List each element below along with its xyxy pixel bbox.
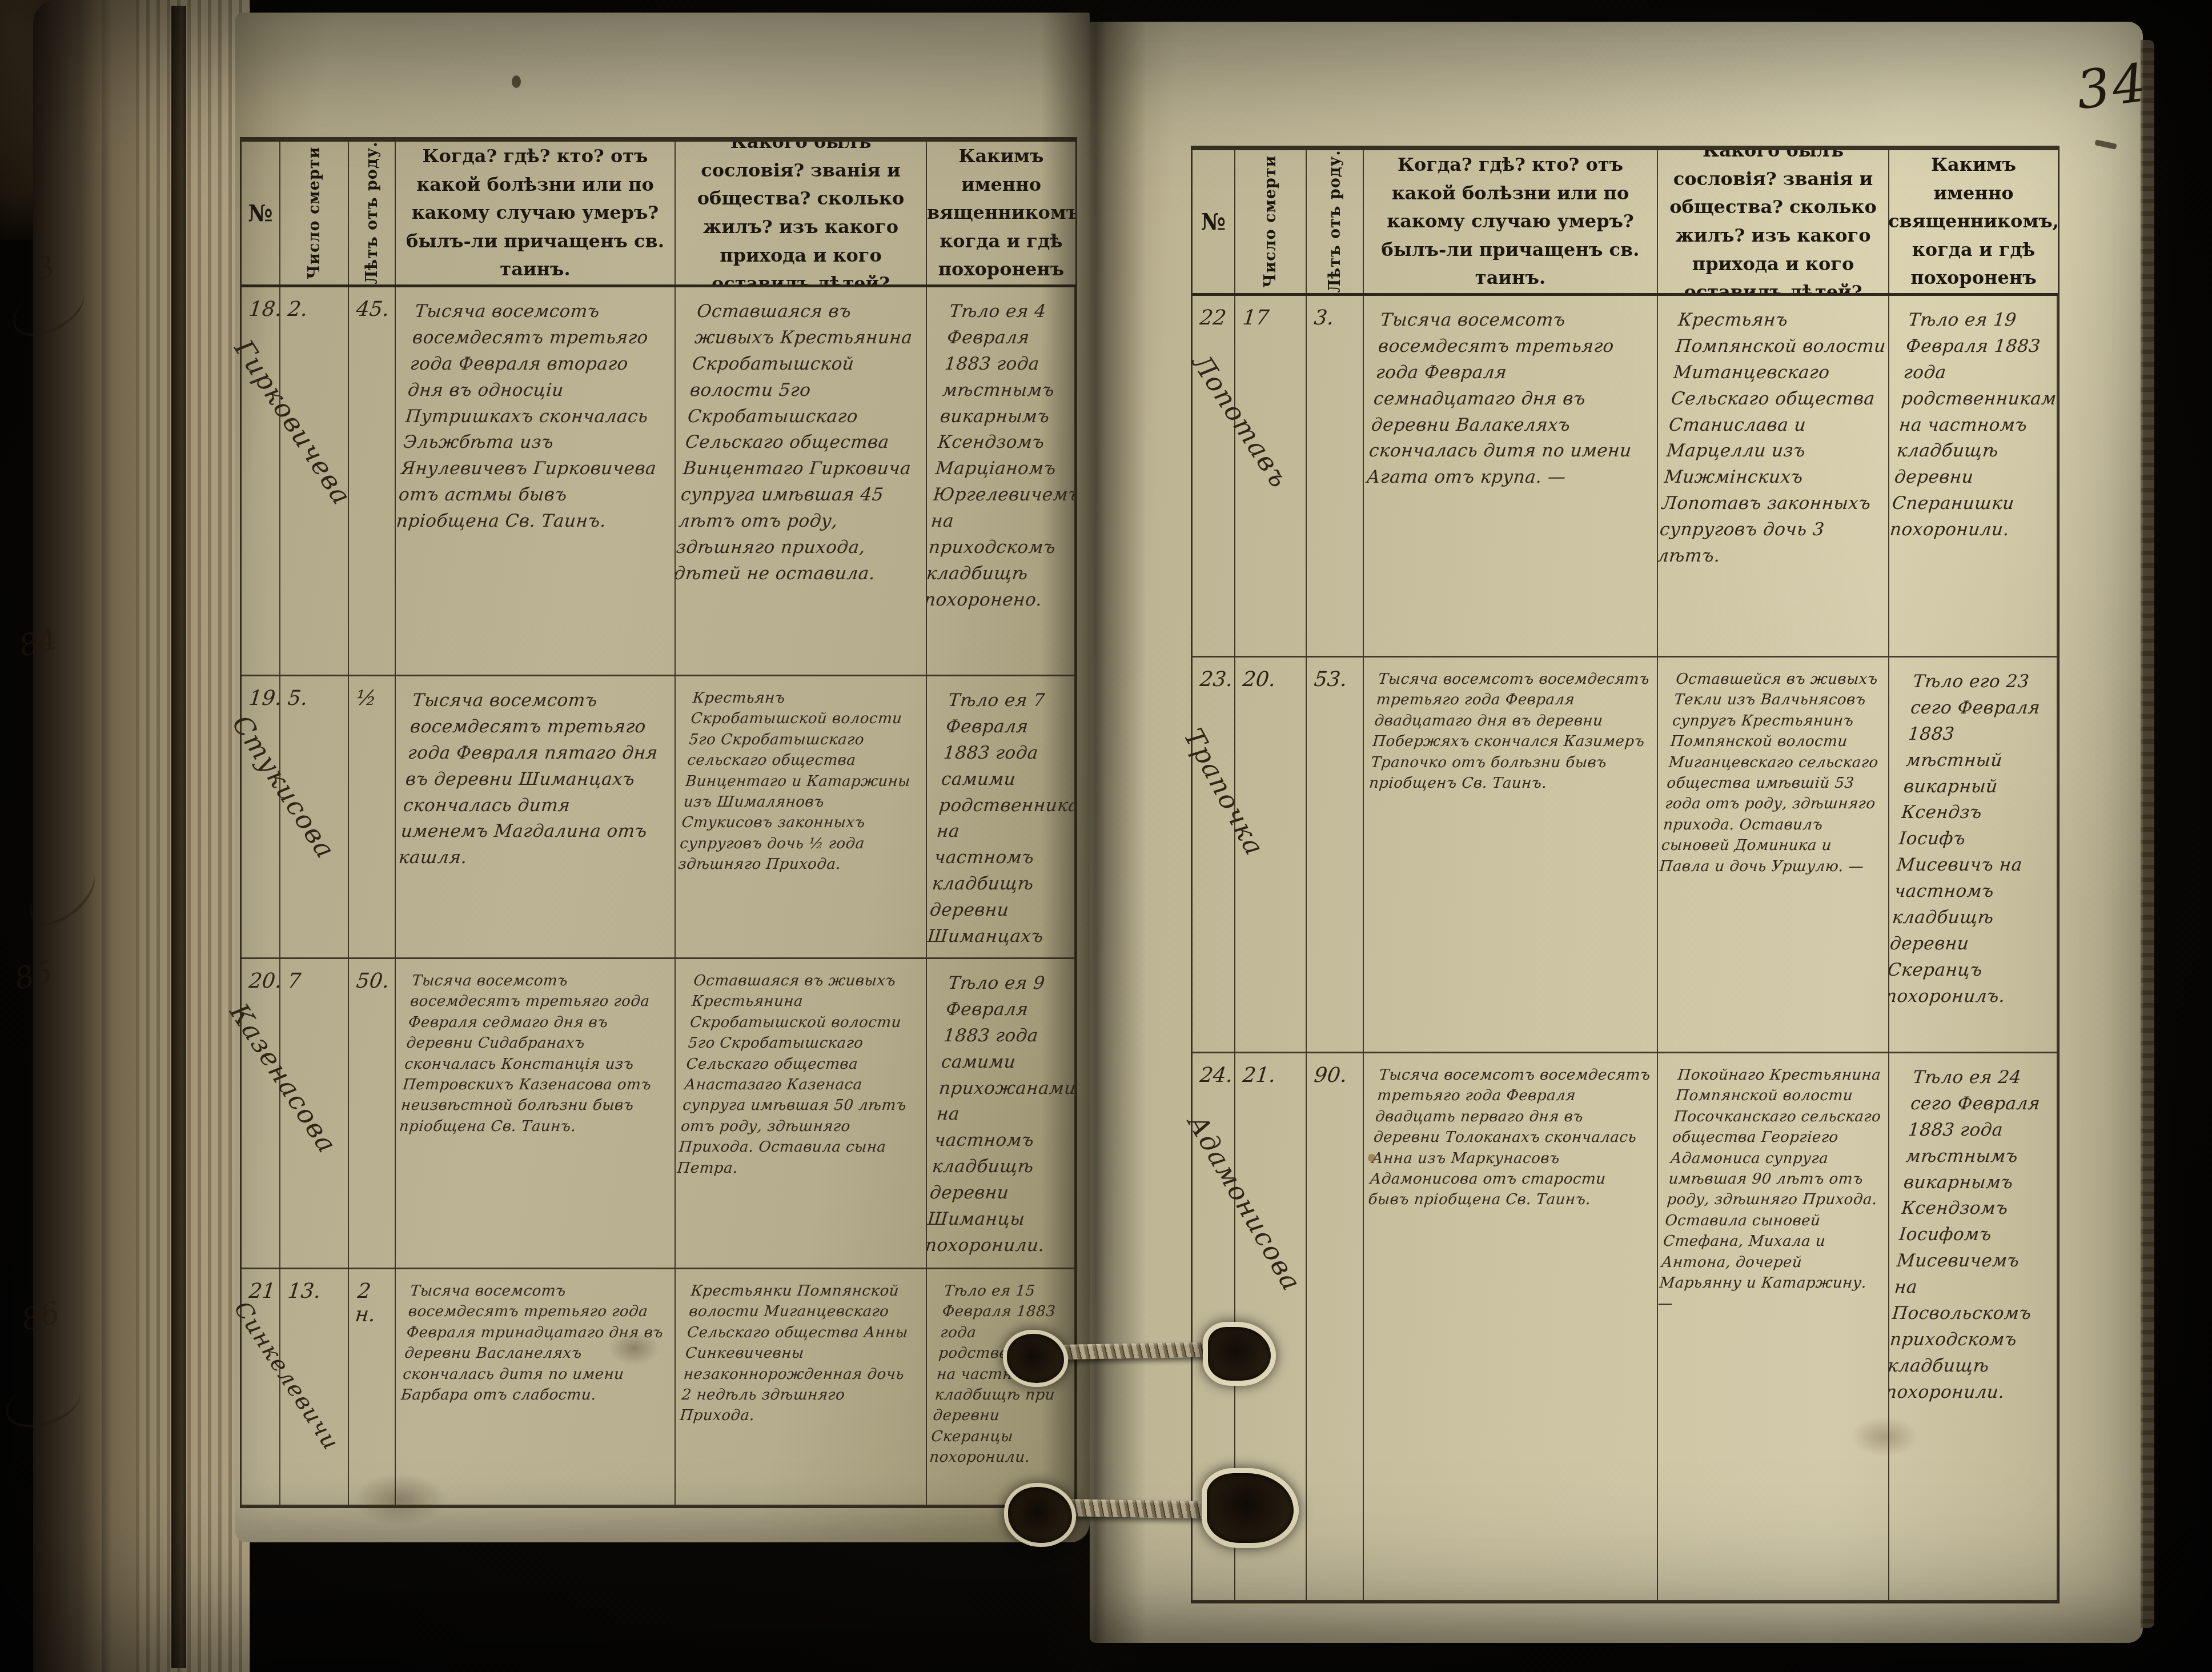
entry-cause-text: Тысяча восемсотъ восемдесятъ третьяго го… [396,959,676,1137]
entry-row-24: 24. 21. 90. Тысяча восемсотъ восемдесятъ… [1193,1053,2058,1602]
header-cell-death-day: Число смерти [280,142,349,284]
entry-death-day: 13. [280,1269,349,1303]
entry-no: 23. [1193,657,1235,691]
entry-cause-text: Тысяча восемсотъ восемдесятъ третьяго го… [396,1269,676,1405]
fore-edge-pages [2141,40,2154,1628]
entry-death-day: 20. [1235,657,1307,691]
header-row: № Число смерти Лѣтъ отъ роду. Когда? гдѣ… [1193,150,2058,296]
entry-cause-text: Тысяча восемсотъ восемдесятъ третьяго го… [396,287,676,535]
entry-death-day: 5. [280,676,349,710]
header-cell-estate: Какого былъ сословія? званія и общества?… [676,142,927,284]
header-cell-estate: Какого былъ сословія? званія и общества?… [1658,150,1889,293]
entry-death-day: 17 [1235,296,1307,330]
entry-age: 2 н. [349,1269,396,1326]
priest-header-label: Какимъ именно священникомъ, когда и гдѣ … [1889,150,2058,293]
priest-header-label: Какимъ именно священникомъ, когда и гдѣ … [927,142,1075,284]
age-header-label: Лѣтъ отъ роду. [1326,150,1343,293]
entry-burial-text: Тѣло ея 7 Февраля 1883 года самими родст… [927,676,1075,957]
book-scan: 3 84 85 86 34 № Число смерти Лѣтъ отъ ро… [0,0,2212,1672]
header-cell-when-where: Когда? гдѣ? кто? отъ какой болѣзни или п… [1364,150,1658,293]
entry-age: ½ [349,676,396,710]
entry-row-20: 20. 7 50. Тысяча восемсотъ восемдесятъ т… [242,959,1075,1269]
register-table-left: № Число смерти Лѣтъ отъ роду. Когда? гдѣ… [240,137,1077,1508]
header-cell-no: № [1193,150,1235,293]
entry-age: 53. [1307,657,1364,691]
entry-burial-text: Тѣло ея 24 сего Февраля 1883 года мѣстны… [1889,1053,2058,1405]
header-cell-priest: Какимъ именно священникомъ, когда и гдѣ … [927,142,1075,284]
entry-cause-text: Тысяча восемсотъ восемдесятъ третьяго го… [1364,657,1658,793]
entry-no: 19. [242,676,280,710]
entry-cause-text: Тысяча восемсотъ восемдесятъ третьяго го… [1364,1053,1658,1210]
estate-header-label: Какого былъ сословія? званія и общества?… [1658,150,1888,293]
page-number: 34 [2073,52,2151,121]
header-cell-age: Лѣтъ отъ роду. [1307,150,1364,293]
header-cell-when-where: Когда? гдѣ? кто? отъ какой болѣзни или п… [396,142,676,284]
entry-age: 3. [1307,296,1364,330]
when-where-header-label: Когда? гдѣ? кто? отъ какой болѣзни или п… [1364,150,1657,293]
header-cell-death-day: Число смерти [1235,150,1307,293]
no-header-label: № [248,200,272,227]
death-day-header-label: Число смерти [1262,155,1279,288]
spine-crevice [171,6,186,1668]
entry-row-21: 21 13. 2 н. Тысяча восемсотъ восемдесятъ… [242,1269,1075,1506]
age-header-label: Лѣтъ отъ роду. [363,142,380,284]
entry-death-day: 21. [1235,1053,1307,1087]
entry-estate-text: Оставшаяся въ живыхъ Крестьянина Скробат… [676,959,927,1178]
entry-row-18: 18. 2. 45. Тысяча восемсотъ восемдесятъ … [242,287,1075,676]
entry-row-19: 19. 5. ½ Тысяча восемсотъ восемдесятъ тр… [242,676,1075,959]
entry-no: 18. [242,287,280,321]
entry-estate-text: Крестьянки Помпянской волости Миганцевск… [676,1269,927,1426]
estate-header-label: Какого былъ сословія? званія и общества?… [676,142,926,284]
no-header-label: № [1201,209,1226,235]
entry-age: 90. [1307,1053,1364,1087]
entry-death-day: 7 [280,959,349,993]
when-where-header-label: Когда? гдѣ? кто? отъ какой болѣзни или п… [396,142,675,284]
entry-no: 20. [242,959,280,993]
entry-cause-text: Тысяча восемсотъ восемдесятъ третьяго го… [1364,296,1658,491]
header-row: № Число смерти Лѣтъ отъ роду. Когда? гдѣ… [242,142,1075,287]
death-day-header-label: Число смерти [305,147,323,279]
entry-age: 45. [349,287,396,321]
header-cell-no: № [242,142,280,284]
entry-cause-text: Тысяча восемсотъ восемдесятъ третьяго го… [396,676,676,871]
entry-age: 50. [349,959,396,993]
entry-burial-text: Тѣло ея 9 Февраля 1883 года самими прихо… [927,959,1075,1259]
header-cell-age: Лѣтъ отъ роду. [349,142,396,284]
entry-estate-text: Оставшейся въ живыхъ Текли изъ Валчьнясо… [1658,657,1889,877]
entry-estate-text: Покойнаго Крестьянина Помпянской волости… [1658,1053,1889,1314]
entry-burial-text: Тѣло ея 19 Февраля 1883 года родственник… [1889,296,2058,543]
entry-no: 24. [1193,1053,1235,1087]
entry-death-day: 2. [280,287,349,321]
header-cell-priest: Какимъ именно священникомъ, когда и гдѣ … [1889,150,2058,293]
entry-row-22: 22 17 3. Тысяча восемсотъ восемдесятъ тр… [1193,296,2058,657]
entry-estate-text: Оставшаяся въ живыхъ Крестьянина Скробат… [676,287,927,587]
entry-row-23: 23. 20. 53. Тысяча восемсотъ восемдесятъ… [1193,657,2058,1053]
torn-spine-layer [136,0,250,1672]
entry-no: 22 [1193,296,1235,330]
entry-burial-text: Тѣло его 23 сего Февраля 1883 мѣстный ви… [1889,657,2058,1009]
entry-estate-text: Крестьянъ Скробатышской волости 5го Скро… [676,676,927,875]
entry-estate-text: Крестьянъ Помпянской волости Митанцевска… [1658,296,1889,570]
register-table-right: № Число смерти Лѣтъ отъ роду. Когда? гдѣ… [1191,146,2060,1603]
entry-burial-text: Тѣло ея 4 Февраля 1883 года мѣстнымъ вик… [927,287,1075,614]
